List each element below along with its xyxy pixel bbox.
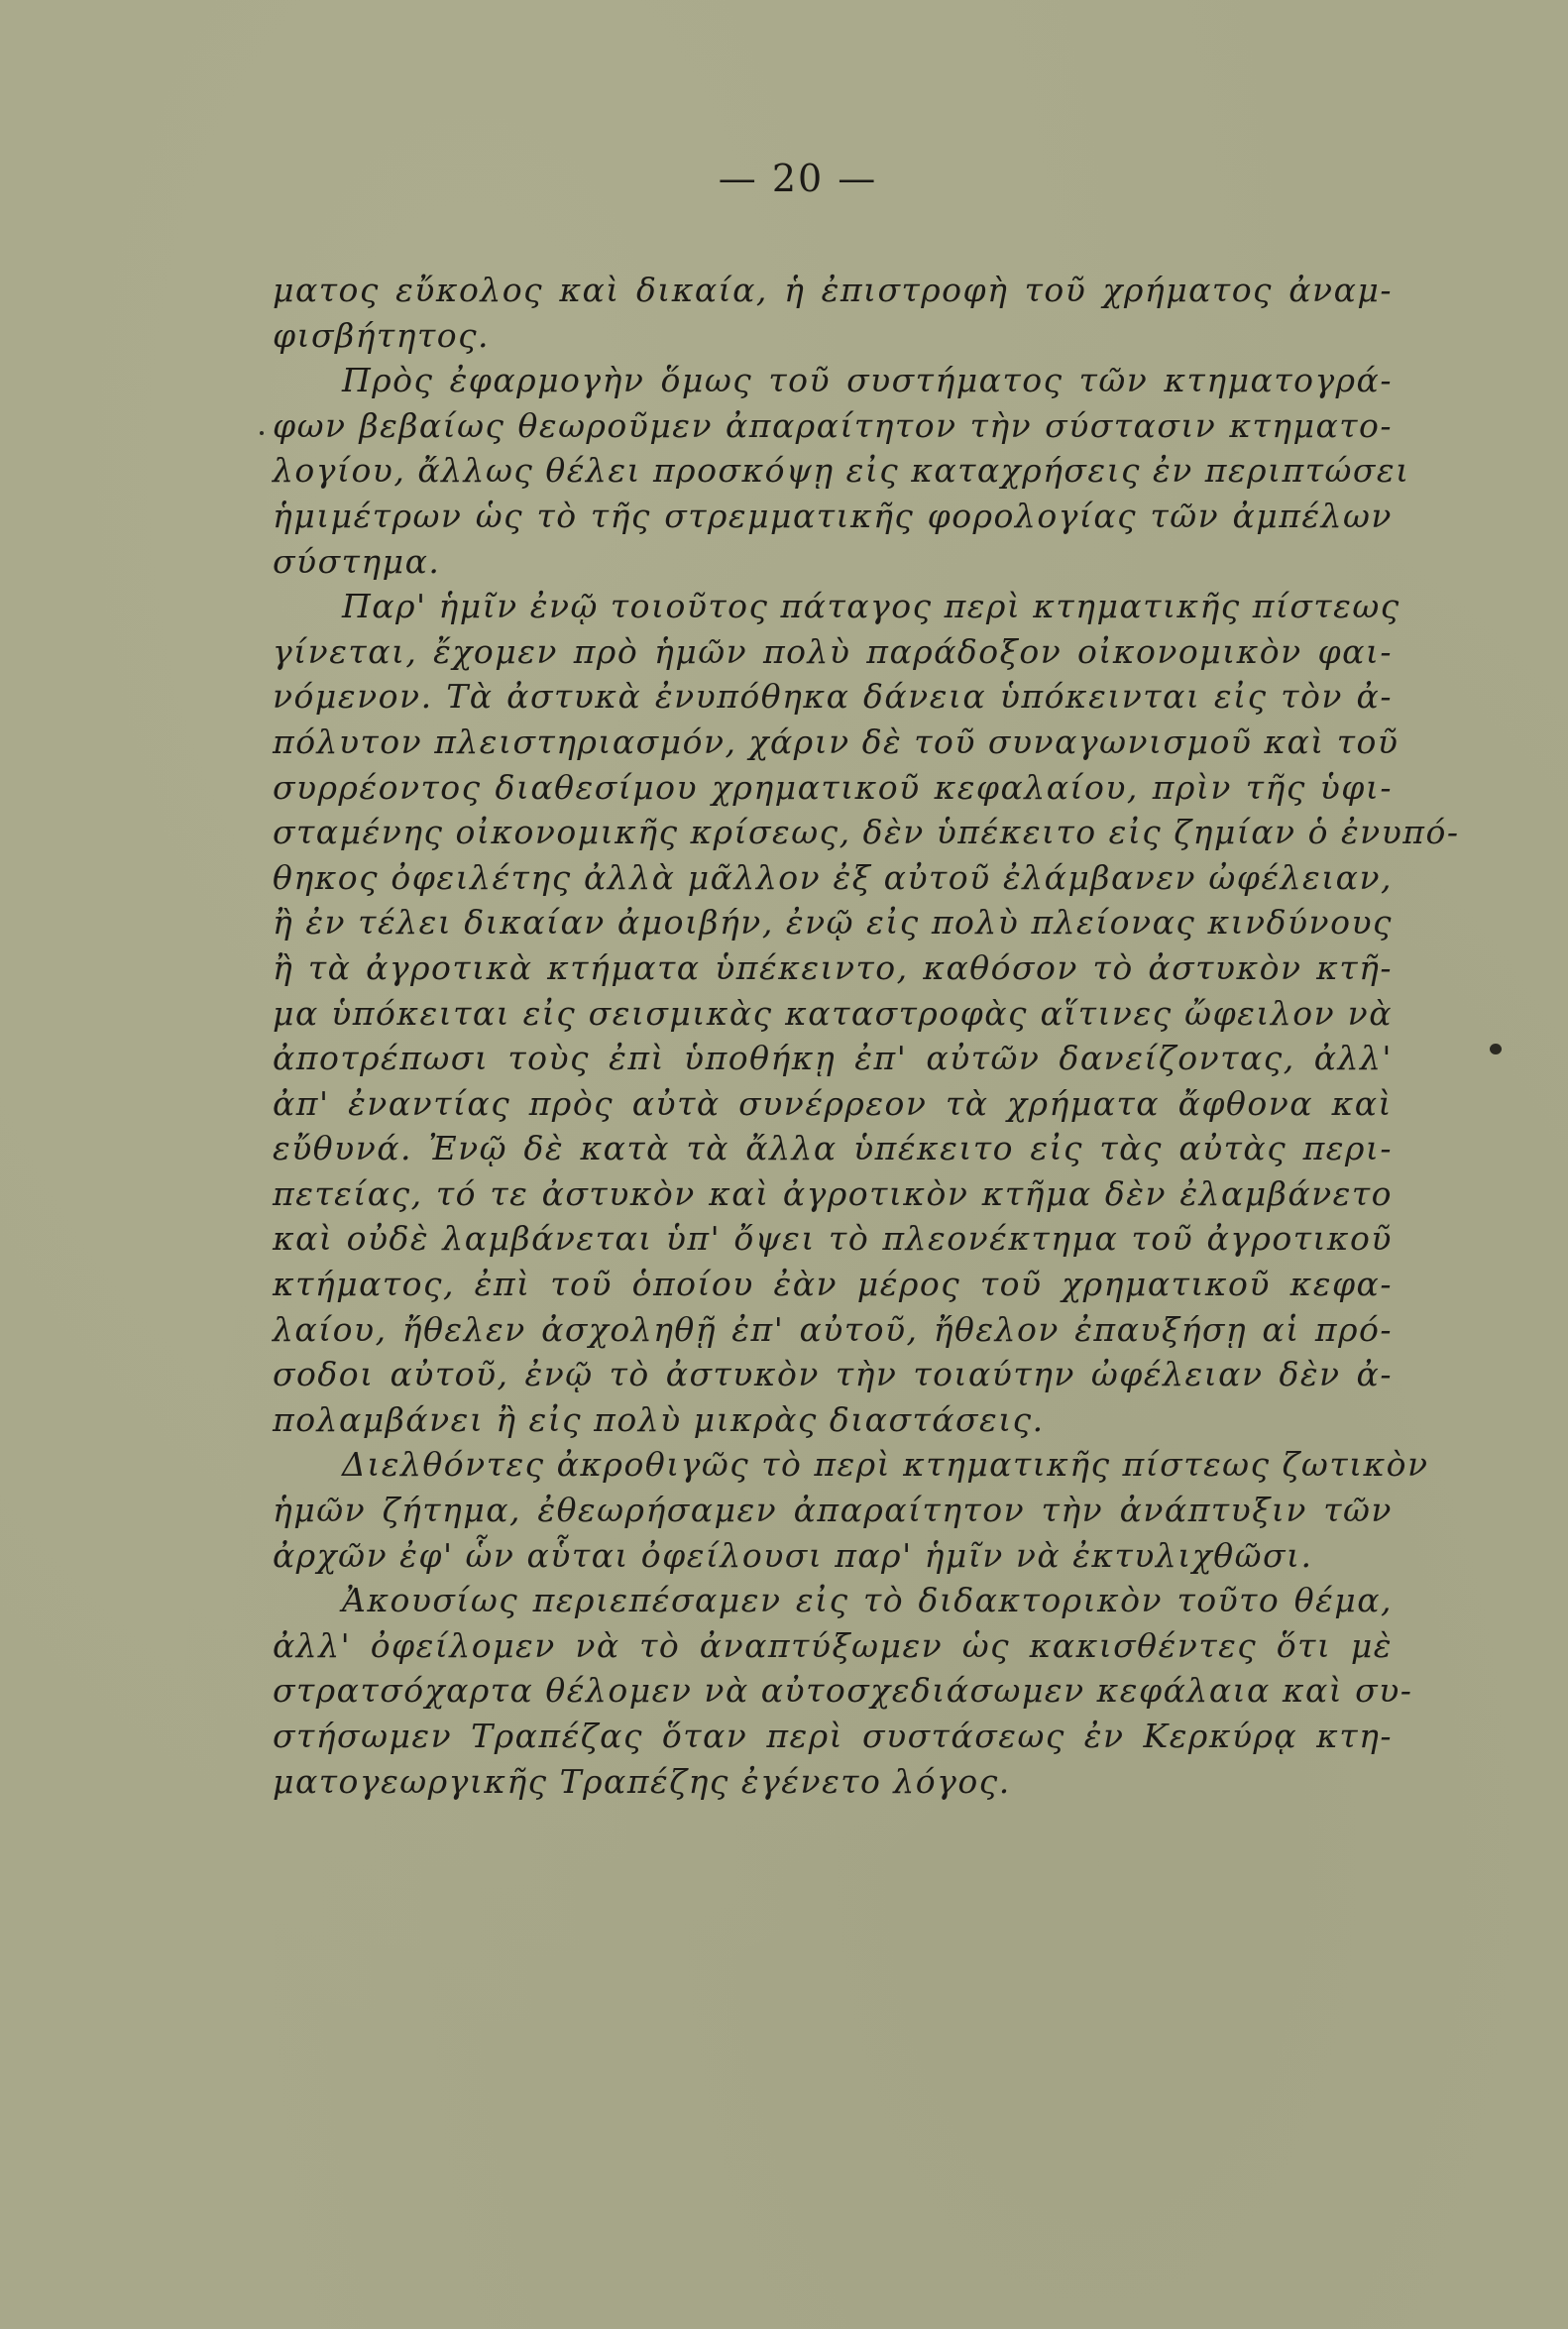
text-line: φων βεβαίως θεωροῦμεν ἀπαραίτητον τὴν σύ…: [273, 403, 1393, 449]
text-line: λογίου, ἄλλως θέλει προσκόψῃ εἰς καταχρή…: [273, 448, 1393, 494]
paragraph: Πρὸς ἐφαρμογὴν ὅμως τοῦ συστήματος τῶν κ…: [273, 358, 1393, 584]
ink-speck: [260, 431, 264, 435]
paragraph: Ἀκουσίως περιεπέσαμεν εἰς τὸ διδακτορικὸ…: [273, 1578, 1393, 1804]
page-number: — 20 —: [273, 149, 1393, 208]
text-line: σύστημα.: [273, 539, 1393, 585]
text-line: πολαμβάνει ἢ εἰς πολὺ μικρὰς διαστάσεις.: [273, 1397, 1393, 1443]
text-line: ἡμιμέτρων ὡς τὸ τῆς στρεμματικῆς φορολογ…: [273, 494, 1393, 539]
text-line: λαίου, ἤθελεν ἀσχοληθῇ ἐπ' αὐτοῦ, ἤθελον…: [273, 1307, 1393, 1353]
text-line: πετείας, τό τε ἀστυκὸν καὶ ἀγροτικὸν κτῆ…: [273, 1171, 1393, 1217]
text-line: φισβήτητος.: [273, 313, 1393, 359]
text-line: νόμενον. Τὰ ἀστυκὰ ἐνυπόθηκα δάνεια ὑπόκ…: [273, 674, 1393, 720]
text-line: ἀλλ' ὀφείλομεν νὰ τὸ ἀναπτύξωμεν ὡς κακι…: [273, 1623, 1393, 1669]
text-line: συρρέοντος διαθεσίμου χρηματικοῦ κεφαλαί…: [273, 765, 1393, 811]
text-line: σταμένης οἰκονομικῆς κρίσεως, δὲν ὑπέκει…: [273, 810, 1393, 855]
text-line: στρατσόχαρτα θέλομεν νὰ αὐτοσχεδιάσωμεν …: [273, 1668, 1393, 1714]
text-line: ἀρχῶν ἐφ' ὧν αὗται ὀφείλουσι παρ' ἡμῖν ν…: [273, 1533, 1393, 1579]
text-line: πόλυτον πλειστηριασμόν, χάριν δὲ τοῦ συν…: [273, 720, 1393, 765]
paragraph: Διελθόντες ἀκροθιγῶς τὸ περὶ κτηματικῆς …: [273, 1442, 1393, 1578]
text-line: εὔθυνά. Ἐνῷ δὲ κατὰ τὰ ἄλλα ὑπέκειτο εἰς…: [273, 1126, 1393, 1171]
text-line: στήσωμεν Τραπέζας ὅταν περὶ συστάσεως ἐν…: [273, 1714, 1393, 1759]
text-line: ματος εὔκολος καὶ δικαία, ἡ ἐπιστροφὴ το…: [273, 268, 1393, 313]
paragraph: Παρ' ἡμῖν ἐνῷ τοιοῦτος πάταγος περὶ κτημ…: [273, 584, 1393, 1442]
paragraph: ματος εὔκολος καὶ δικαία, ἡ ἐπιστροφὴ το…: [273, 268, 1393, 358]
text-line: μα ὑπόκειται εἰς σεισμικὰς καταστροφὰς α…: [273, 991, 1393, 1037]
text-line: Διελθόντες ἀκροθιγῶς τὸ περὶ κτηματικῆς …: [273, 1442, 1393, 1488]
text-line: καὶ οὐδὲ λαμβάνεται ὑπ' ὄψει τὸ πλεονέκτ…: [273, 1216, 1393, 1262]
text-line: ματογεωργικῆς Τραπέζης ἐγένετο λόγος.: [273, 1759, 1393, 1805]
text-line: ἢ τὰ ἀγροτικὰ κτήματα ὑπέκειντο, καθόσον…: [273, 945, 1393, 991]
text-line: γίνεται, ἔχομεν πρὸ ἡμῶν πολὺ παράδοξον …: [273, 629, 1393, 675]
text-line: ἀπ' ἐναντίας πρὸς αὐτὰ συνέρρεον τὰ χρήμ…: [273, 1081, 1393, 1127]
text-line: Ἀκουσίως περιεπέσαμεν εἰς τὸ διδακτορικὸ…: [273, 1578, 1393, 1623]
text-line: Παρ' ἡμῖν ἐνῷ τοιοῦτος πάταγος περὶ κτημ…: [273, 584, 1393, 629]
text-line: κτήματος, ἐπὶ τοῦ ὁποίου ἐὰν μέρος τοῦ χ…: [273, 1262, 1393, 1307]
text-line: ἢ ἐν τέλει δικαίαν ἀμοιβήν, ἐνῷ εἰς πολὺ…: [273, 900, 1393, 945]
text-line: Πρὸς ἐφαρμογὴν ὅμως τοῦ συστήματος τῶν κ…: [273, 358, 1393, 403]
book-page: — 20 — ματος εὔκολος καὶ δικαία, ἡ ἐπιστ…: [273, 149, 1393, 1804]
text-line: ἀποτρέπωσι τοὺς ἐπὶ ὑποθήκῃ ἐπ' αὐτῶν δα…: [273, 1036, 1393, 1081]
text-line: θηκος ὀφειλέτης ἀλλὰ μᾶλλον ἐξ αὐτοῦ ἐλά…: [273, 855, 1393, 901]
body-text: ματος εὔκολος καὶ δικαία, ἡ ἐπιστροφὴ το…: [273, 268, 1393, 1804]
text-line: σοδοι αὐτοῦ, ἐνῷ τὸ ἀστυκὸν τὴν τοιαύτην…: [273, 1352, 1393, 1397]
text-line: ἡμῶν ζήτημα, ἐθεωρήσαμεν ἀπαραίτητον τὴν…: [273, 1488, 1393, 1533]
ink-blot: [1490, 1044, 1502, 1054]
